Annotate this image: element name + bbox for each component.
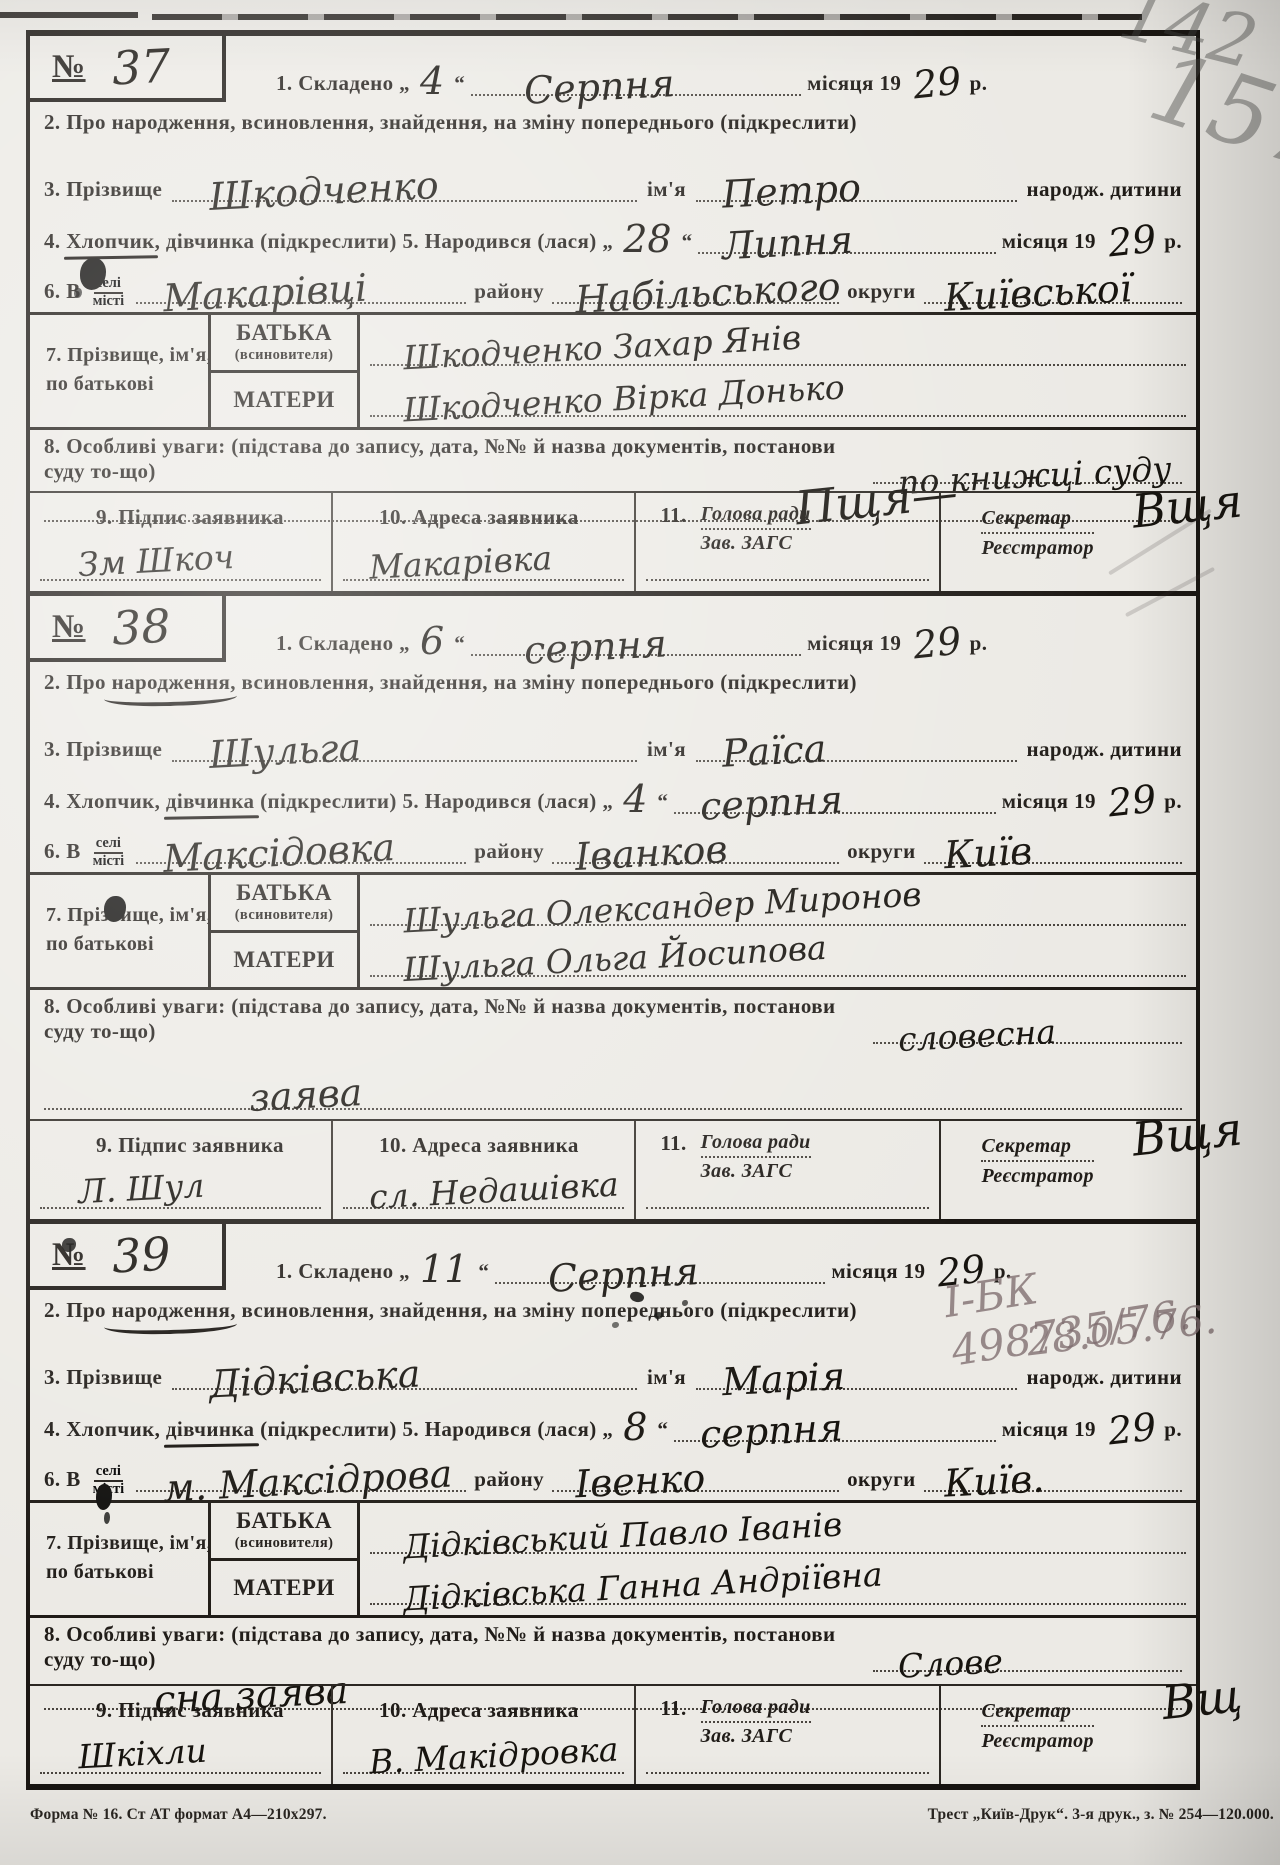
secretary-stack: Секретар Реєстратор <box>981 1700 1093 1784</box>
made-day-handwritten: 11 <box>420 1250 468 1288</box>
in-label: 6. В <box>44 839 81 864</box>
secretary-cell: Секретар Реєстратор Вщ <box>939 1686 1196 1784</box>
parents-label-line2: по батькові <box>46 1561 154 1583</box>
council-head-stack: Голова ради Зав. ЗАГС <box>701 1696 811 1784</box>
council-head-stack: Голова ради Зав. ЗАГС <box>701 503 811 591</box>
adopter-label: (всиновителя) <box>235 347 334 364</box>
scan-edge-line <box>0 12 138 18</box>
village-line: м. Максідрова <box>136 1444 466 1492</box>
surname-handwritten: Дідківська <box>209 1354 422 1403</box>
surname-handwritten: Шульга <box>208 728 362 774</box>
made-label: 1. Складено „ <box>276 631 410 656</box>
mother-label: МАТЕРИ <box>233 1575 334 1601</box>
scan-edge-line <box>152 14 1142 20</box>
registrar-label: Реєстратор <box>981 1730 1093 1753</box>
place-line: 6. В селі місті Макарівці району Набільс… <box>30 258 1196 304</box>
mother-line: Дідківська Ганна Андріївна <box>370 1554 1186 1605</box>
applicant-signature-cell: 9. Підпис заявника Зм Шкоч <box>30 493 333 591</box>
mother-cell: МАТЕРИ <box>211 1561 357 1616</box>
month19-label: місяця 19 <box>831 1259 925 1284</box>
birth-month19-label: місяця 19 <box>1002 1417 1096 1442</box>
parents-values: Шульга Олександер Миронов Шульга Ольга Й… <box>360 875 1196 987</box>
record-number-cell: № 39 <box>30 1224 226 1290</box>
mother-line: Шульга Ольга Йосипова <box>370 926 1186 977</box>
made-day-handwritten: 4 <box>420 62 444 100</box>
made-label: 1. Складено „ <box>276 71 410 96</box>
signatures-row: 9. Підпис заявника Зм Шкоч 10. Адреса за… <box>30 491 1196 591</box>
father-line: Шульга Олександер Миронов <box>370 875 1186 926</box>
parents-header-cells: БАТЬКА (всиновителя) МАТЕРИ <box>208 875 360 987</box>
registrar-label: Реєстратор <box>981 1165 1093 1188</box>
zags-label: Зав. ЗАГС <box>701 1160 811 1183</box>
record-header: № 39 1. Складено „ 11 “ Серпня місяця 19… <box>30 1224 1196 1290</box>
applicant-signature-cell: 9. Підпис заявника Шкіхли <box>30 1686 333 1784</box>
okruha-line: Київ <box>924 816 1182 864</box>
made-month-line: серпня <box>471 624 801 656</box>
birth-day-handwritten: 8 <box>623 1408 647 1446</box>
made-day-handwritten: 6 <box>420 622 444 660</box>
village-word: селі <box>94 836 123 854</box>
birth-year-r-label: р. <box>1164 789 1182 814</box>
mother-handwritten: Шульга Ольга Йосипова <box>402 931 827 986</box>
signatures-row: 9. Підпис заявника Шкіхли 10. Адреса зая… <box>30 1684 1196 1784</box>
printer-imprint: Форма № 16. Ст АТ формат А4—210х297. Тре… <box>30 1806 1274 1824</box>
date-made-line: 1. Складено „ 11 “ Серпня місяця 19 29 р… <box>226 1224 1196 1290</box>
council-head-cell: 11. Голова ради Зав. ЗАГС Пщя— <box>636 493 939 591</box>
parents-values: Шкодченко Захар Янів Шкодченко Вірка Дон… <box>360 315 1196 427</box>
word-birth: народження <box>112 670 231 694</box>
record-38: № 38 1. Складено „ 6 “ серпня місяця 19 … <box>30 596 1196 1224</box>
okruha-line: Київ. <box>924 1444 1182 1492</box>
okruha-handwritten: Київ. <box>943 1459 1045 1502</box>
applicant-signature-cell: 9. Підпис заявника Л. Шул <box>30 1121 333 1219</box>
made-quote: “ <box>478 1259 489 1284</box>
name-line: Раїса <box>696 714 1017 762</box>
event-type-text: 2. Про народження, всиновлення, знайденн… <box>44 670 857 695</box>
mother-handwritten: Шкодченко Вірка Донько <box>402 370 845 426</box>
gender-text: 4. Хлопчик, дівчинка (підкреслити) 5. На… <box>44 1417 613 1442</box>
record-number-handwritten: 39 <box>110 1230 171 1279</box>
remarks-line: 8. Особливі уваги: (підстава до запису, … <box>30 1002 1196 1044</box>
word-boy: Хлопчик <box>66 789 154 813</box>
event-type-line: 2. Про народження, всиновлення, знайденн… <box>30 670 1196 700</box>
no-label: № <box>52 609 86 646</box>
council-head-cell: 11. Голова ради Зав. ЗАГС <box>636 1121 939 1219</box>
parents-block: 7. Прізвище, ім'я, по батькові БАТЬКА (в… <box>30 312 1196 430</box>
district-line: Івенко <box>552 1444 839 1492</box>
parents-label-line2: по батькові <box>46 373 154 395</box>
okruha-label: округи <box>847 279 916 304</box>
remarks-fill: словесна <box>873 1000 1182 1044</box>
year-r-label: р. <box>994 1259 1012 1284</box>
village-handwritten: Максідовка <box>162 828 396 878</box>
council-head-cell: 11. Голова ради Зав. ЗАГС <box>636 1686 939 1784</box>
scanned-registry-page: № 37 1. Складено „ 4 “ Серпня місяця 19 … <box>0 0 1280 1865</box>
applicant-address-cell: 10. Адреса заявника В. Макідровка <box>333 1686 636 1784</box>
applicant-signature-label: 9. Підпис заявника <box>96 505 331 530</box>
father-cell: БАТЬКА (всиновителя) <box>211 1503 357 1561</box>
gender-birthdate-line: 4. Хлопчик, дівчинка (підкреслити) 5. На… <box>30 768 1196 814</box>
child-label: народж. дитини <box>1027 177 1182 202</box>
record-number-handwritten: 38 <box>110 602 171 651</box>
year-r-label: р. <box>970 631 988 656</box>
father-label: БАТЬКА <box>236 320 332 346</box>
applicant-address-handwritten: сл. Недашівка <box>368 1167 619 1213</box>
record-number-handwritten: 37 <box>110 42 171 91</box>
made-quote: “ <box>454 71 465 96</box>
made-year-handwritten: 29 <box>911 622 963 665</box>
parents-label-line1: 7. Прізвище, ім'я, <box>46 904 212 926</box>
place-line: 6. В селі місті Максідовка району Іванко… <box>30 818 1196 864</box>
birth-quote: “ <box>657 1417 668 1442</box>
village-word: селі <box>94 1464 123 1482</box>
father-line: Дідківський Павло Іванів <box>370 1503 1186 1554</box>
village-town-fraction: селі місті <box>93 836 125 870</box>
made-year-handwritten: 29 <box>911 62 963 105</box>
in-label: 6. В <box>44 1467 81 1492</box>
item11-label: 11. <box>660 503 686 591</box>
word-girl: дівчинка <box>166 229 255 253</box>
parents-label: 7. Прізвище, ім'я, по батькові <box>30 1503 208 1615</box>
applicant-signature-label: 9. Підпис заявника <box>96 1698 331 1723</box>
year-r-label: р. <box>970 71 988 96</box>
village-line: Макарівці <box>136 256 466 304</box>
remarks-continuation-handwritten: заява <box>248 1073 363 1117</box>
surname-line: Шульга <box>172 714 637 762</box>
birth-day-handwritten: 4 <box>623 780 647 818</box>
remarks-continuation: заява <box>30 1048 1196 1110</box>
gender-birthdate-line: 4. Хлопчик, дівчинка (підкреслити) 5. На… <box>30 208 1196 254</box>
parents-block: 7. Прізвище, ім'я, по батькові БАТЬКА (в… <box>30 872 1196 990</box>
birth-year-r-label: р. <box>1164 229 1182 254</box>
child-name-line: 3. Прізвище Шульга ім'я Раїса народж. ди… <box>30 716 1196 762</box>
date-made-line: 1. Складено „ 6 “ серпня місяця 19 29 р. <box>226 596 1196 662</box>
council-head-label: Голова ради <box>701 1131 811 1158</box>
month19-label: місяця 19 <box>807 71 901 96</box>
council-head-signature-handwritten: Пщя— <box>793 469 960 532</box>
birth-quote: “ <box>682 229 693 254</box>
signatures-row: 9. Підпис заявника Л. Шул 10. Адреса зая… <box>30 1119 1196 1219</box>
item11-label: 11. <box>660 1131 686 1219</box>
birth-month-line: Липня <box>698 206 995 254</box>
district-label: району <box>474 279 544 304</box>
secretary-label: Секретар <box>981 507 1093 534</box>
name-label: ім'я <box>647 177 686 202</box>
secretary-cell: Секретар Реєстратор Вщя <box>939 1121 1196 1219</box>
applicant-address-cell: 10. Адреса заявника сл. Недашівка <box>333 1121 636 1219</box>
applicant-signature-label: 9. Підпис заявника <box>96 1133 331 1158</box>
child-name-line: 3. Прізвище Шкодченко ім'я Петро народж.… <box>30 156 1196 202</box>
okruha-label: округи <box>847 1467 916 1492</box>
birth-month-line: серпня <box>674 766 995 814</box>
secretary-stack: Секретар Реєстратор <box>981 1135 1093 1219</box>
parents-label-line2: по батькові <box>46 933 154 955</box>
okruha-label: округи <box>847 839 916 864</box>
event-type-text: 2. Про народження, всиновлення, знайденн… <box>44 1298 857 1323</box>
word-boy: Хлопчик <box>66 1417 154 1441</box>
surname-label: 3. Прізвище <box>44 1365 162 1390</box>
parents-label: 7. Прізвище, ім'я, по батькові <box>30 315 208 427</box>
made-quote: “ <box>454 631 465 656</box>
name-line: Марія <box>696 1342 1017 1390</box>
made-month-handwritten: Серпня <box>523 64 675 110</box>
mother-cell: МАТЕРИ <box>211 933 357 988</box>
secretary-label: Секретар <box>981 1700 1093 1727</box>
adopter-label: (всиновителя) <box>235 907 334 924</box>
applicant-address-handwritten: Макарівка <box>368 541 553 584</box>
okruha-handwritten: Київської <box>943 269 1133 317</box>
imprint-form-number: Форма № 16. Ст АТ формат А4—210х297. <box>30 1806 327 1824</box>
adopter-label: (всиновителя) <box>235 1535 334 1552</box>
village-line: Максідовка <box>136 816 466 864</box>
surname-label: 3. Прізвище <box>44 737 162 762</box>
birth-day-handwritten: 28 <box>623 220 671 258</box>
word-girl: дівчинка <box>166 789 255 813</box>
birth-month19-label: місяця 19 <box>1002 789 1096 814</box>
applicant-address-label: 10. Адреса заявника <box>379 505 634 530</box>
father-label: БАТЬКА <box>236 1508 332 1534</box>
child-label: народж. дитини <box>1027 737 1182 762</box>
made-month-handwritten: серпня <box>523 624 668 669</box>
district-handwritten: Івенко <box>574 1459 706 1504</box>
remarks-label: 8. Особливі уваги: (підстава до запису, … <box>44 994 863 1044</box>
gender-text: 4. Хлопчик, дівчинка (підкреслити) 5. На… <box>44 229 613 254</box>
secretary-signature-handwritten: Вщя <box>1130 1105 1245 1162</box>
imprint-print-house: Трест „Київ-Друк“. 3-я друк., з. № 254—1… <box>928 1806 1274 1824</box>
district-handwritten: Іванков <box>574 830 728 876</box>
parents-block: 7. Прізвище, ім'я, по батькові БАТЬКА (в… <box>30 1500 1196 1618</box>
surname-label: 3. Прізвище <box>44 177 162 202</box>
birth-month19-label: місяця 19 <box>1002 229 1096 254</box>
council-head-label: Голова ради <box>701 1696 811 1723</box>
made-month-handwritten: Серпня <box>547 1252 699 1298</box>
district-label: району <box>474 1467 544 1492</box>
registry-form: № 37 1. Складено „ 4 “ Серпня місяця 19 … <box>26 30 1200 1790</box>
birth-month-line: серпня <box>674 1394 995 1442</box>
father-cell: БАТЬКА (всиновителя) <box>211 875 357 933</box>
place-line: 6. В селі місті м. Максідрова району Іве… <box>30 1446 1196 1492</box>
applicant-address-label: 10. Адреса заявника <box>379 1133 634 1158</box>
parents-label-line1: 7. Прізвище, ім'я, <box>46 344 212 366</box>
remarks-label: 8. Особливі уваги: (підстава до запису, … <box>44 434 863 484</box>
event-type-text: 2. Про народження, всиновлення, знайденн… <box>44 110 857 135</box>
word-birth: народження <box>112 110 231 134</box>
word-birth: народження <box>112 1298 231 1322</box>
council-head-stack: Голова ради Зав. ЗАГС <box>701 1131 811 1219</box>
mother-handwritten: Дідківська Ганна Андріївна <box>402 1557 883 1615</box>
district-line: Набільського <box>552 256 839 304</box>
parents-header-cells: БАТЬКА (всиновителя) МАТЕРИ <box>208 1503 360 1615</box>
parents-label: 7. Прізвище, ім'я, по батькові <box>30 875 208 987</box>
made-month-line: Серпня <box>471 64 801 96</box>
mother-label: МАТЕРИ <box>233 387 334 413</box>
record-number-cell: № 38 <box>30 596 226 662</box>
applicant-signature-handwritten: Шкіхли <box>77 1734 207 1774</box>
secretary-signature-handwritten: Вщ <box>1160 1672 1244 1726</box>
father-cell: БАТЬКА (всиновителя) <box>211 315 357 373</box>
surname-handwritten: Шкодченко <box>209 166 440 216</box>
parents-header-cells: БАТЬКА (всиновителя) МАТЕРИ <box>208 315 360 427</box>
remarks-continuation-fill: заява <box>44 1046 1182 1110</box>
month19-label: місяця 19 <box>807 631 901 656</box>
district-line: Іванков <box>552 816 839 864</box>
record-header: № 38 1. Складено „ 6 “ серпня місяця 19 … <box>30 596 1196 662</box>
gender-birthdate-line: 4. Хлопчик, дівчинка (підкреслити) 5. На… <box>30 1396 1196 1442</box>
remarks-line: 8. Особливі уваги: (підстава до запису, … <box>30 1630 1196 1672</box>
father-line: Шкодченко Захар Янів <box>370 315 1186 366</box>
birth-quote: “ <box>657 789 668 814</box>
remarks-label: 8. Особливі уваги: (підстава до запису, … <box>44 1622 863 1672</box>
surname-line: Дідківська <box>172 1342 637 1390</box>
secretary-label: Секретар <box>981 1135 1093 1162</box>
record-number-cell: № 37 <box>30 36 226 102</box>
applicant-address-handwritten: В. Макідровка <box>368 1732 619 1778</box>
mother-cell: МАТЕРИ <box>211 373 357 428</box>
village-handwritten: Макарівці <box>162 269 368 318</box>
record-header: № 37 1. Складено „ 4 “ Серпня місяця 19 … <box>30 36 1196 102</box>
zags-label: Зав. ЗАГС <box>701 1725 811 1748</box>
okruha-line: Київської <box>924 256 1182 304</box>
remarks-fill: Слове <box>873 1628 1182 1672</box>
applicant-signature-handwritten: Зм Шкоч <box>77 540 235 581</box>
parents-values: Дідківський Павло Іванів Дідківська Ганн… <box>360 1503 1196 1615</box>
made-label: 1. Складено „ <box>276 1259 410 1284</box>
name-label: ім'я <box>647 1365 686 1390</box>
name-label: ім'я <box>647 737 686 762</box>
applicant-signature-handwritten: Л. Шул <box>77 1169 205 1209</box>
word-girl: дівчинка <box>166 1417 255 1441</box>
record-39: № 39 1. Складено „ 11 “ Серпня місяця 19… <box>30 1224 1196 1790</box>
record-37: № 37 1. Складено „ 4 “ Серпня місяця 19 … <box>30 36 1196 596</box>
birth-year-r-label: р. <box>1164 1417 1182 1442</box>
item11-label: 11. <box>660 1696 686 1784</box>
child-label: народж. дитини <box>1027 1365 1182 1390</box>
gender-text: 4. Хлопчик, дівчинка (підкреслити) 5. На… <box>44 789 613 814</box>
father-label: БАТЬКА <box>236 880 332 906</box>
zags-label: Зав. ЗАГС <box>701 532 811 555</box>
council-head-label: Голова ради <box>701 503 811 530</box>
mother-line: Шкодченко Вірка Донько <box>370 366 1186 417</box>
mother-label: МАТЕРИ <box>233 947 334 973</box>
made-year-handwritten: 29 <box>936 1250 988 1293</box>
okruha-handwritten: Київ <box>943 832 1033 875</box>
surname-line: Шкодченко <box>172 154 637 202</box>
no-label: № <box>52 49 86 86</box>
registrar-label: Реєстратор <box>981 537 1093 560</box>
applicant-address-cell: 10. Адреса заявника Макарівка <box>333 493 636 591</box>
child-name-line: 3. Прізвище Дідківська ім'я Марія народж… <box>30 1344 1196 1390</box>
district-label: району <box>474 839 544 864</box>
applicant-address-label: 10. Адреса заявника <box>379 1698 634 1723</box>
secretary-stack: Секретар Реєстратор <box>981 507 1093 591</box>
town-word: місті <box>93 294 125 310</box>
name-line: Петро <box>696 154 1017 202</box>
remarks-line: 8. Особливі уваги: (підстава до запису, … <box>30 442 1196 484</box>
parents-label-line1: 7. Прізвище, ім'я, <box>46 1532 212 1554</box>
event-type-line: 2. Про народження, всиновлення, знайденн… <box>30 110 1196 140</box>
made-month-line: Серпня <box>495 1252 825 1284</box>
word-boy: Хлопчик <box>66 229 154 253</box>
date-made-line: 1. Складено „ 4 “ Серпня місяця 19 29 р. <box>226 36 1196 102</box>
town-word: місті <box>93 854 125 870</box>
